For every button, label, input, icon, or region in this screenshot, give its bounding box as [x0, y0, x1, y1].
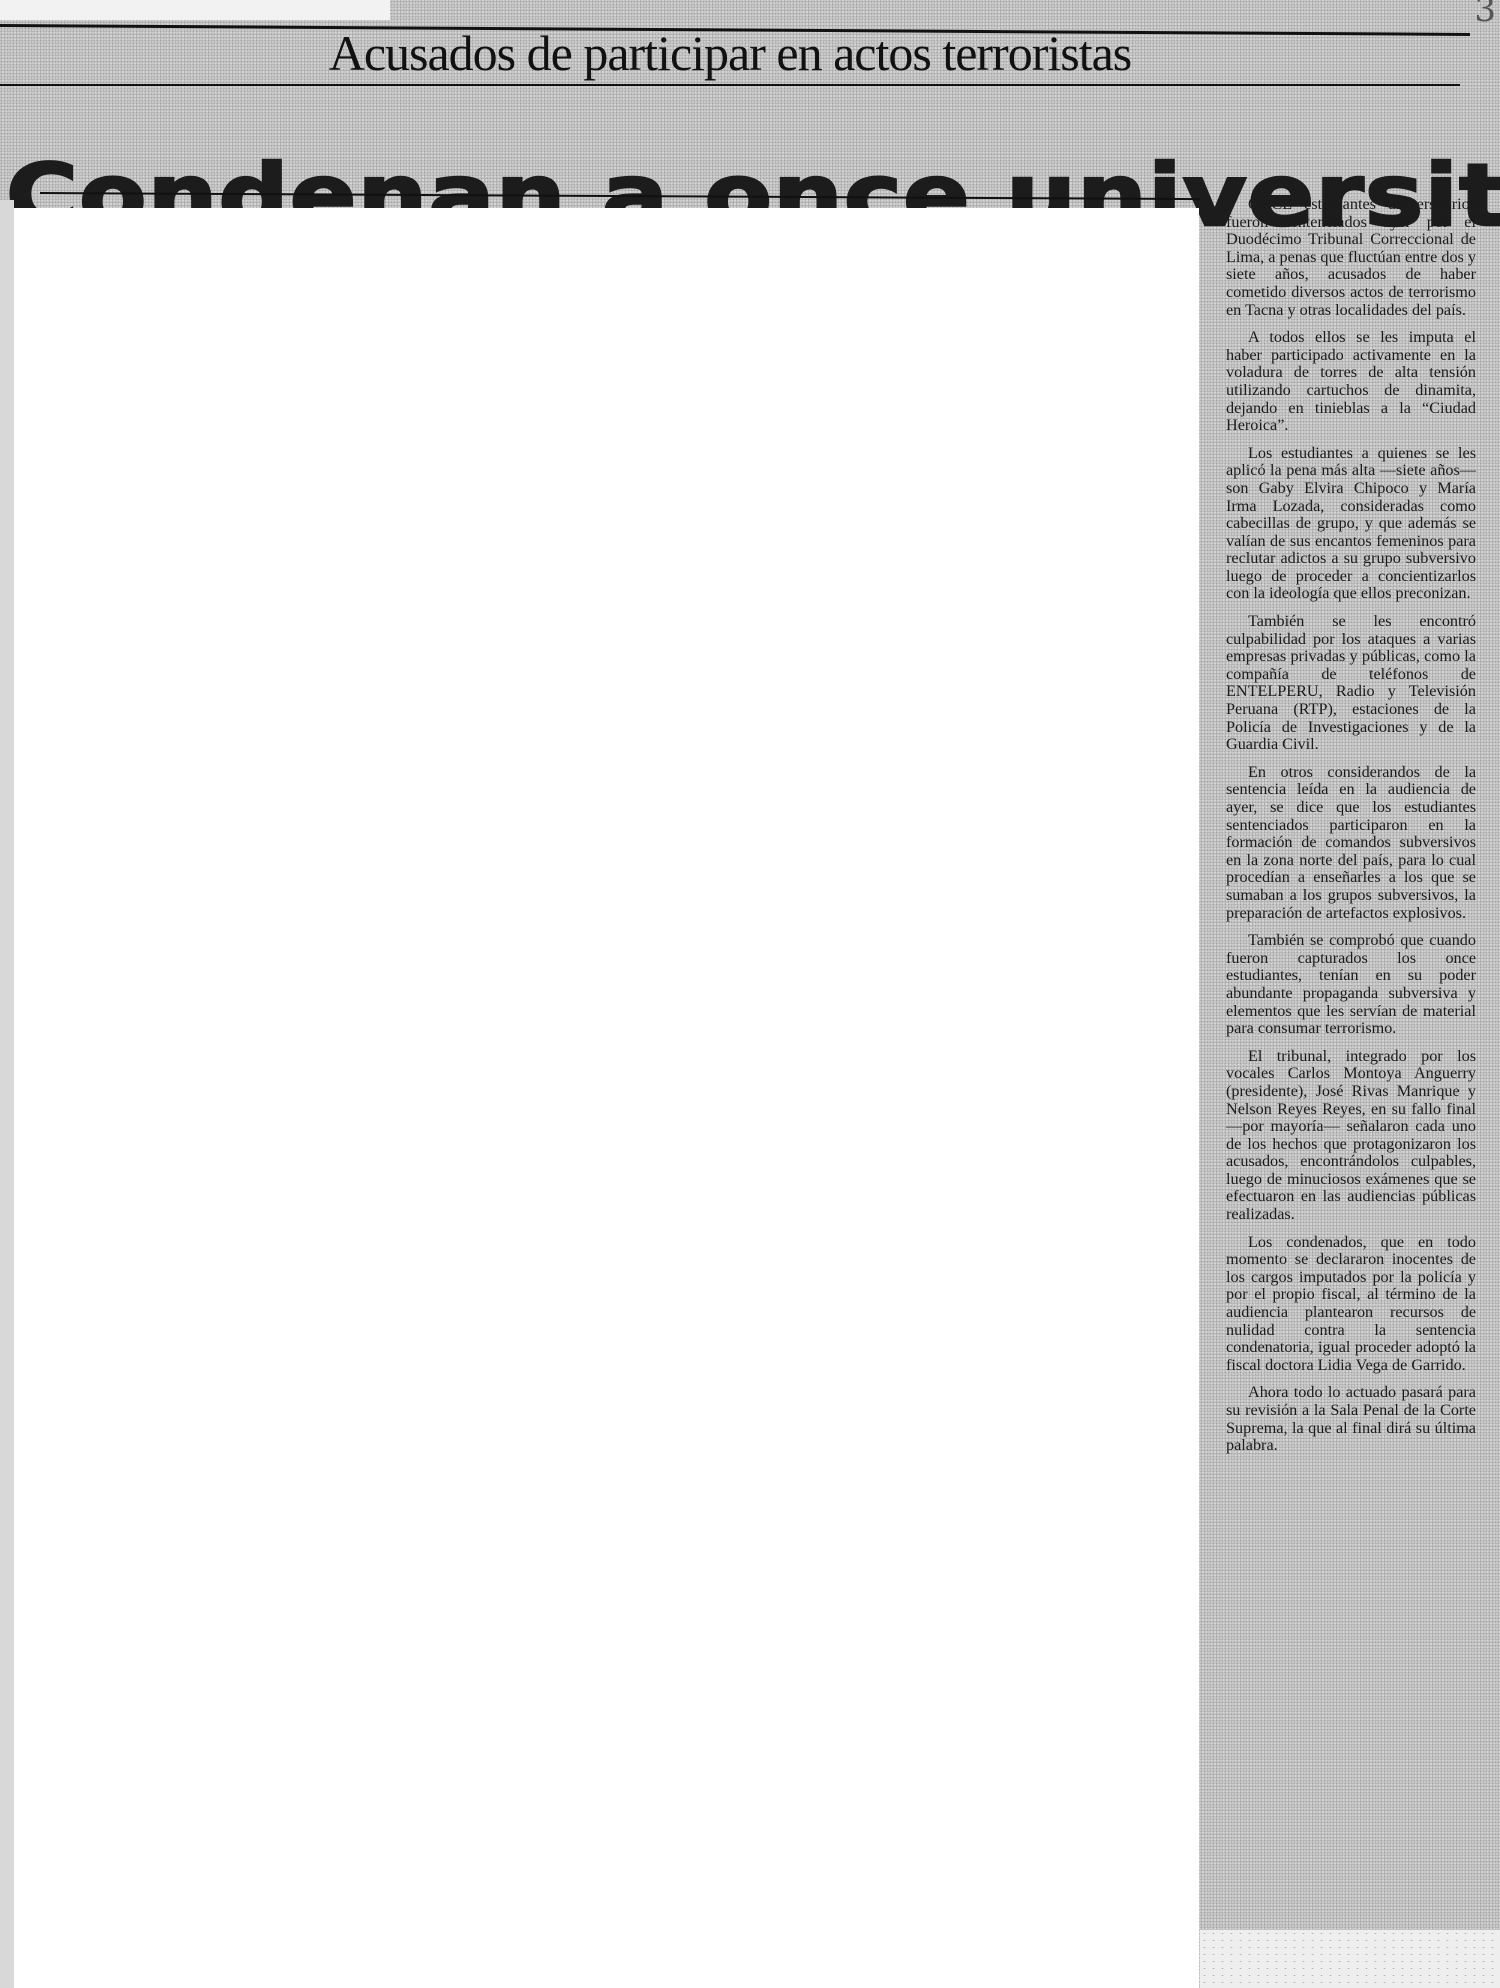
blank-image-area	[14, 208, 1199, 1988]
article-paragraph: Ahora todo lo actuado pasará para su rev…	[1226, 1384, 1476, 1454]
article-paragraph: Los condenados, que en todo momento se d…	[1226, 1234, 1476, 1375]
page-corner-mark: 3	[1474, 0, 1496, 30]
kicker-rule	[0, 84, 1460, 86]
article-column: ONCE estudiantes universitarios fueron s…	[1226, 196, 1476, 1465]
article-paragraph: En otros considerandos de la sentencia l…	[1226, 764, 1476, 922]
kicker-headline: Acusados de participar en actos terroris…	[0, 22, 1460, 84]
article-paragraph: También se les encontró culpabilidad por…	[1226, 613, 1476, 754]
scan-edge-patch	[0, 0, 390, 20]
article-paragraph: El tribunal, integrado por los vocales C…	[1226, 1048, 1476, 1224]
article-paragraph: ONCE estudiantes universitarios fueron s…	[1226, 196, 1476, 319]
article-paragraph: También se comprobó que cuando fueron ca…	[1226, 932, 1476, 1038]
scan-bottom-edge	[1200, 1930, 1500, 1988]
article-paragraph: A todos ellos se les imputa el haber par…	[1226, 329, 1476, 435]
scan-left-edge	[0, 200, 14, 1988]
article-paragraph: Los estudiantes a quienes se les aplicó …	[1226, 445, 1476, 603]
